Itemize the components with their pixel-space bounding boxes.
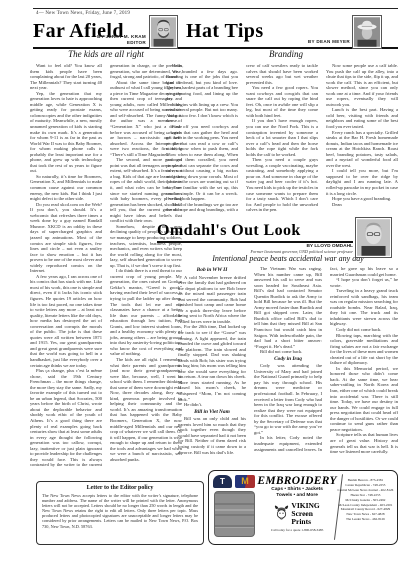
letter-policy-box: Letter to the Editor policy The New Town… <box>36 481 204 545</box>
body-paragraph: A few years ago, I ran across one of his… <box>30 274 102 368</box>
body-paragraph: A cold November breeze drifted over the … <box>178 275 246 325</box>
hat-tips-byline: BY DEAN MEYER <box>268 39 350 45</box>
omdahl-rule <box>157 241 353 243</box>
body-paragraph: Bill was an only child and his parents l… <box>178 416 246 455</box>
body-paragraph: The kids are all right. I remember what … <box>110 357 182 462</box>
lloyd-omdahl-photo <box>355 217 392 258</box>
omdahl-body: Bob in WW IIA cold November breeze drift… <box>178 266 398 456</box>
patch-letter: M <box>241 476 249 486</box>
body-paragraph: Yep, the generation that my generation l… <box>30 91 102 174</box>
body-paragraph: So naturally, it’s time for Boomers, Gen… <box>30 174 102 202</box>
body-paragraph: Bill did not come back. <box>254 349 322 355</box>
portrait-bearded-man-icon <box>151 17 176 47</box>
cap-letter: T <box>220 477 225 486</box>
ad-text-block: EMBROIDERY Caps • Shirts • Jackets Towel… <box>257 474 336 541</box>
brand-line: Prints <box>291 518 319 526</box>
body-paragraph: It begins with lining up a crew. You nee… <box>166 102 238 124</box>
body-paragraph: Do you read xkcd.com on the Web? If you … <box>30 202 102 274</box>
body-paragraph: Scripture tells us that human lives are … <box>330 432 398 454</box>
body-paragraph: He didn’t. <box>178 402 246 408</box>
body-paragraph: Lunch is the best part. Having a cold be… <box>326 107 398 129</box>
column-subhead: Bill in Viet Nam <box>178 410 246 416</box>
ad-brand-name: VIKING Screen Prints <box>291 502 319 525</box>
omdahl-section-title: Omdahl's Out Look <box>157 222 301 240</box>
body-paragraph: We branded a few days ago. Branding is o… <box>166 69 238 102</box>
jerry-kram-photo <box>149 15 178 49</box>
body-paragraph: The Leader News - 462-8126 <box>337 517 394 522</box>
newspaper-contact-list: Beulah Beacon - 873-4381Center Republica… <box>337 474 394 541</box>
viking-mascot-icon <box>274 505 289 522</box>
dean-meyer-photo <box>352 15 382 49</box>
body-paragraph: Blowing taps, marching with the colors, … <box>330 333 398 366</box>
column-subhead: Bob in WW II <box>178 268 246 274</box>
body-paragraph: “I hope you don’t forget us,” he wrote. <box>330 277 398 288</box>
ad-call-to-action: Call today for a quote 1-800-658-3485 <box>257 528 336 532</box>
body-paragraph: I could tell you more, but I’m supposed … <box>326 168 398 196</box>
body-paragraph: For the 20th time, Dad looked up the tra… <box>178 324 246 402</box>
ad-title: EMBROIDERY <box>257 475 336 487</box>
portrait-glasses-man-icon <box>357 219 390 256</box>
body-paragraph: In this Memorial period, we honored thos… <box>330 366 398 433</box>
body-paragraph: Central McLean News Journal - 462-8126 <box>337 488 394 493</box>
far-afield-headline: The kids are all right <box>30 49 182 59</box>
body-paragraph: Hope you have a good branding. <box>326 196 398 202</box>
far-afield-byline: BY JERRY M. KRAM EDITOR <box>78 34 146 45</box>
ad-products-line: Towels • and More <box>257 493 336 499</box>
body-paragraph: Cody was attending the University of Mar… <box>254 363 322 435</box>
shirts-photo <box>214 491 255 537</box>
body-paragraph: I do think there is a real threat to our… <box>110 268 182 357</box>
embroidery-ad: T M EMBROIDERY Caps • Shirts • Jackets T… <box>208 470 398 545</box>
body-paragraph: Every ranch has a specialty. Grilled ste… <box>326 130 398 169</box>
page-folio: 4— New Town News, Friday, June 7, 2019 <box>36 11 130 16</box>
byline-role: EDITOR <box>78 40 146 46</box>
ad-brand-row: VIKING Screen Prints <box>257 502 336 525</box>
body-paragraph: If you don’t have enough ropers, you can… <box>246 118 318 157</box>
body-paragraph: Then you need a couple guys wrestling, a… <box>246 157 318 212</box>
hat-tips-headline: Branding <box>236 49 336 59</box>
hat-tips-section-title: Hat Tips <box>186 20 264 43</box>
body-paragraph: Want to feel old? You know all them kids… <box>30 63 102 91</box>
top-rule <box>33 8 398 9</box>
hat-tips-body: Hello,We branded a few days ago. Brandin… <box>166 63 398 218</box>
letter-policy-title: Letter to the Editor policy <box>42 485 198 491</box>
byline-name: BY DEAN MEYER <box>268 39 350 45</box>
far-afield-body: Want to feel old? You know all them kids… <box>30 63 182 473</box>
portrait-cowboy-hat-icon <box>354 17 380 47</box>
body-paragraph: You need a few good ropers. You want cow… <box>246 85 318 118</box>
body-paragraph: Dean <box>326 202 398 208</box>
masthead-rule <box>33 47 398 49</box>
body-paragraph: The Vietnam War was raging. When his num… <box>254 266 322 349</box>
body-paragraph: First off you need cowboys and cowgirls … <box>166 124 238 202</box>
body-paragraph: Now some people use a calf table. You pu… <box>326 63 398 107</box>
ad-product-photos: T M <box>212 474 257 541</box>
patch-photo: M <box>235 475 255 488</box>
omdahl-byline: BY LLOYD OMDAHL Former lieutenant govern… <box>190 244 353 254</box>
column-subhead: Cody in Iraq <box>254 357 322 363</box>
cap-photo: T <box>213 475 232 488</box>
letter-policy-text: The New Town News accepts letters to the… <box>42 493 198 529</box>
body-paragraph: Traveling in a heavy grand truck reinfor… <box>330 288 398 327</box>
